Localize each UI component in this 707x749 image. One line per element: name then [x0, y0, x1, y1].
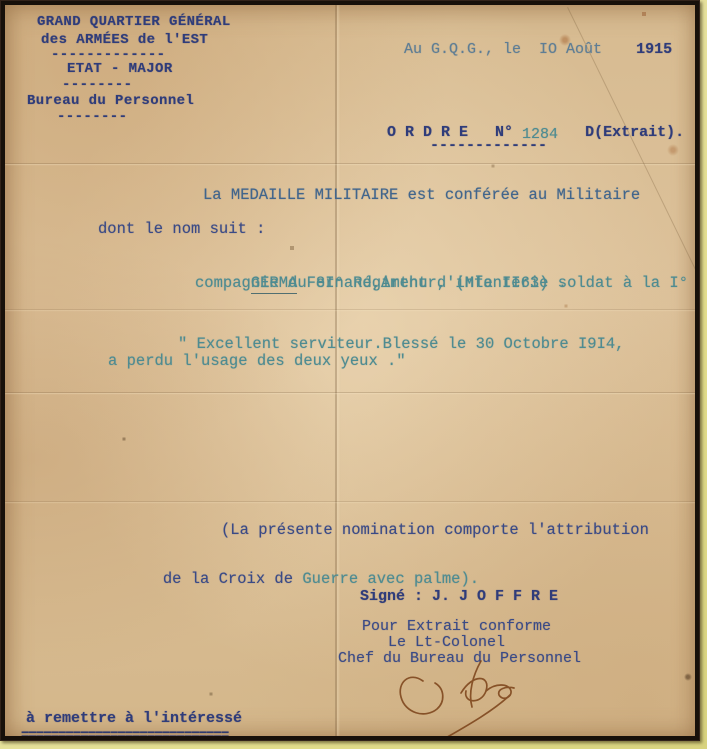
order-title-rule: ------------- [430, 138, 547, 154]
order-title-suffix: D(Extrait). [558, 124, 684, 141]
letterhead-division: ETAT - MAJOR [67, 61, 173, 77]
letterhead-office: Bureau du Personnel [27, 93, 194, 109]
award-line1: La MEDAILLE MILITAIRE est conférée au Mi… [203, 187, 640, 203]
note-line2-end: Guerre avec palme). [302, 570, 479, 588]
scanned-document-page: GRAND QUARTIER GÉNÉRAL des ARMÉES de l'E… [0, 0, 707, 749]
recipient-line2: compagnie du 8I° Régiment d'infanterie . [195, 275, 567, 291]
dateline: Au G.Q.G., le IO Août1915 [350, 26, 672, 74]
horizontal-fold-crease [5, 309, 695, 310]
note-line2-start: de la Croix de [163, 570, 303, 588]
citation-line1: " Excellent serviteur.Blessé le 30 Octob… [178, 336, 624, 352]
citation-line2: a perdu l'usage des deux yeux ." [108, 353, 406, 369]
horizontal-fold-crease [5, 392, 695, 393]
letterhead-rule: -------- [57, 109, 127, 125]
dateline-place-date: Au G.Q.G., le IO Août [404, 41, 602, 58]
footer-rule: ============================ [21, 728, 228, 736]
certify-line2: Le Lt-Colonel [388, 635, 505, 651]
paper-specks [5, 5, 7, 7]
note-line1: (La présente nomination comporte l'attri… [221, 522, 649, 538]
award-line2: dont le nom suit : [98, 221, 265, 237]
letterhead-rule: -------- [62, 77, 132, 93]
letterhead-org-line2: des ARMÉES de l'EST [41, 32, 208, 48]
certify-line1: Pour Extrait conforme [362, 619, 551, 635]
footer-note: à remettre à l'intéressé [26, 711, 242, 727]
dateline-year: 1915 [636, 41, 672, 58]
horizontal-fold-crease [5, 501, 695, 502]
document-paper: GRAND QUARTIER GÉNÉRAL des ARMÉES de l'E… [5, 5, 695, 736]
letterhead-org-line1: GRAND QUARTIER GÉNÉRAL [37, 14, 231, 30]
signed-line: Signé : J. J O F F R E [360, 589, 558, 605]
horizontal-fold-crease [5, 163, 695, 164]
signature-scribble [393, 655, 563, 736]
